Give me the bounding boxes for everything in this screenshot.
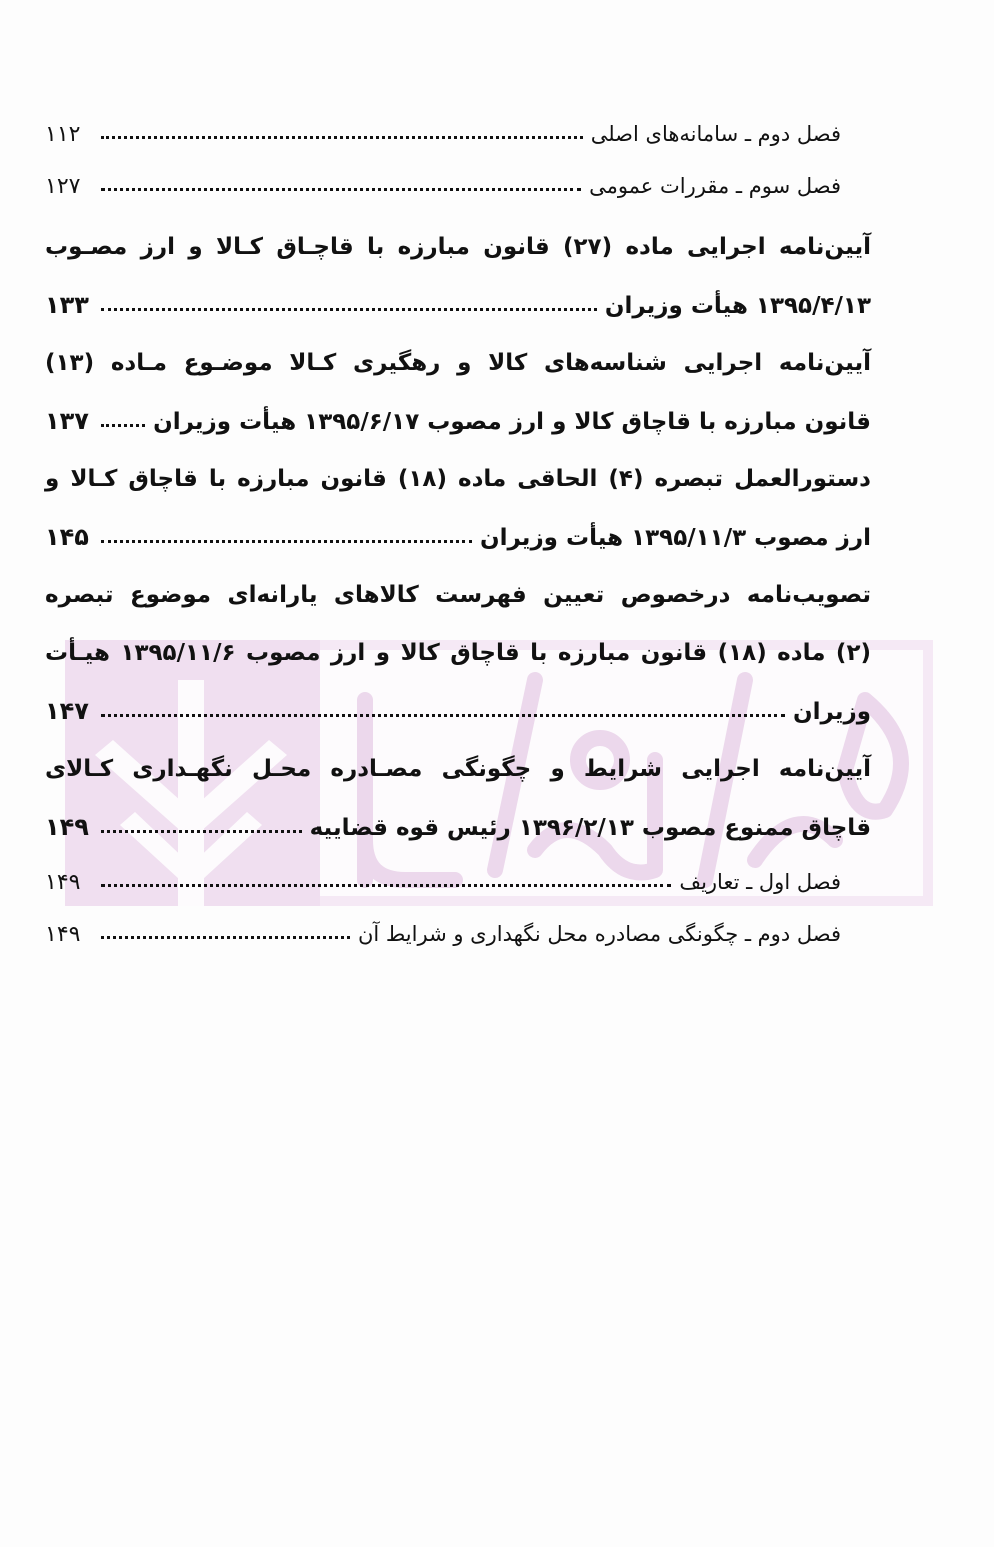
toc-entry-title: فصل اول ـ تعاریف bbox=[679, 856, 841, 908]
toc-entry-title: قاچاق ممنوع مصوب ۱۳۹۶/۲/۱۳ رئیس قوه قضای… bbox=[310, 799, 871, 857]
toc-entry[interactable]: فصل دوم ـ چگونگی مصادره محل نگهداری و شر… bbox=[45, 908, 871, 960]
toc-entry-title: فصل سوم ـ مقررات عمومی bbox=[589, 160, 841, 212]
dot-leader bbox=[101, 870, 671, 889]
toc-page-number: ۱۴۹ bbox=[45, 857, 93, 909]
dot-leader bbox=[101, 922, 350, 941]
toc-page-number: ۱۴۹ bbox=[45, 798, 93, 856]
dot-leader bbox=[101, 524, 472, 545]
dot-leader bbox=[101, 122, 583, 141]
toc-entry-title: وزیران bbox=[793, 683, 871, 741]
toc-page-number: ۱۴۷ bbox=[45, 682, 93, 740]
toc-entry[interactable]: تصویب‌نامه درخصوص تعیین فهرست کالاهای یا… bbox=[45, 566, 871, 740]
toc-entry[interactable]: آیین‌نامه اجرایی شرایط و چگونگی مصـادره … bbox=[45, 740, 871, 856]
dot-leader bbox=[101, 292, 597, 313]
dot-leader bbox=[101, 174, 581, 193]
toc-page-number: ۱۴۹ bbox=[45, 909, 93, 961]
toc-entry-title: ۱۳۹۵/۴/۱۳ هیأت وزیران bbox=[605, 277, 871, 335]
toc-entry-title-line: دستورالعمل تبصره (۴) الحاقی ماده (۱۸) قا… bbox=[45, 450, 871, 508]
toc-entry-title-line: آیین‌نامه اجرایی ماده (۲۷) قانون مبارزه … bbox=[45, 218, 871, 276]
toc-page-number: ۱۳۳ bbox=[45, 276, 93, 334]
toc-entry[interactable]: دستورالعمل تبصره (۴) الحاقی ماده (۱۸) قا… bbox=[45, 450, 871, 566]
dot-leader bbox=[101, 698, 785, 719]
toc-entry-title-line: (۲) ماده (۱۸) قانون مبارزه با قاچاق کالا… bbox=[45, 624, 871, 682]
toc-page-number: ۱۱۲ bbox=[45, 109, 93, 161]
toc-entry-title: ارز مصوب ۱۳۹۵/۱۱/۳ هیأت وزیران bbox=[480, 509, 871, 567]
toc-page-number: ۱۴۵ bbox=[45, 508, 93, 566]
toc-entry[interactable]: آیین‌نامه اجرایی شناسه‌های کالا و رهگیری… bbox=[45, 334, 871, 450]
toc-entry-title-line: آیین‌نامه اجرایی شناسه‌های کالا و رهگیری… bbox=[45, 334, 871, 392]
toc-entry[interactable]: آیین‌نامه اجرایی ماده (۲۷) قانون مبارزه … bbox=[45, 218, 871, 334]
toc-entry-title-line: تصویب‌نامه درخصوص تعیین فهرست کالاهای یا… bbox=[45, 566, 871, 624]
toc-page-number: ۱۲۷ bbox=[45, 161, 93, 213]
table-of-contents: فصل دوم ـ سامانه‌های اصلی ۱۱۲ فصل سوم ـ … bbox=[45, 108, 871, 960]
dot-leader bbox=[101, 814, 302, 835]
toc-entry-title: فصل دوم ـ چگونگی مصادره محل نگهداری و شر… bbox=[358, 908, 841, 960]
toc-page-number: ۱۳۷ bbox=[45, 392, 93, 450]
toc-entry[interactable]: فصل اول ـ تعاریف ۱۴۹ bbox=[45, 856, 871, 908]
toc-entry[interactable]: فصل دوم ـ سامانه‌های اصلی ۱۱۲ bbox=[45, 108, 871, 160]
dot-leader bbox=[101, 408, 145, 429]
toc-entry-title: قانون مبارزه با قاچاق کالا و ارز مصوب ۱۳… bbox=[153, 393, 871, 451]
toc-entry-title-line: آیین‌نامه اجرایی شرایط و چگونگی مصـادره … bbox=[45, 740, 871, 798]
toc-entry[interactable]: فصل سوم ـ مقررات عمومی ۱۲۷ bbox=[45, 160, 871, 212]
toc-entry-title: فصل دوم ـ سامانه‌های اصلی bbox=[591, 108, 841, 160]
